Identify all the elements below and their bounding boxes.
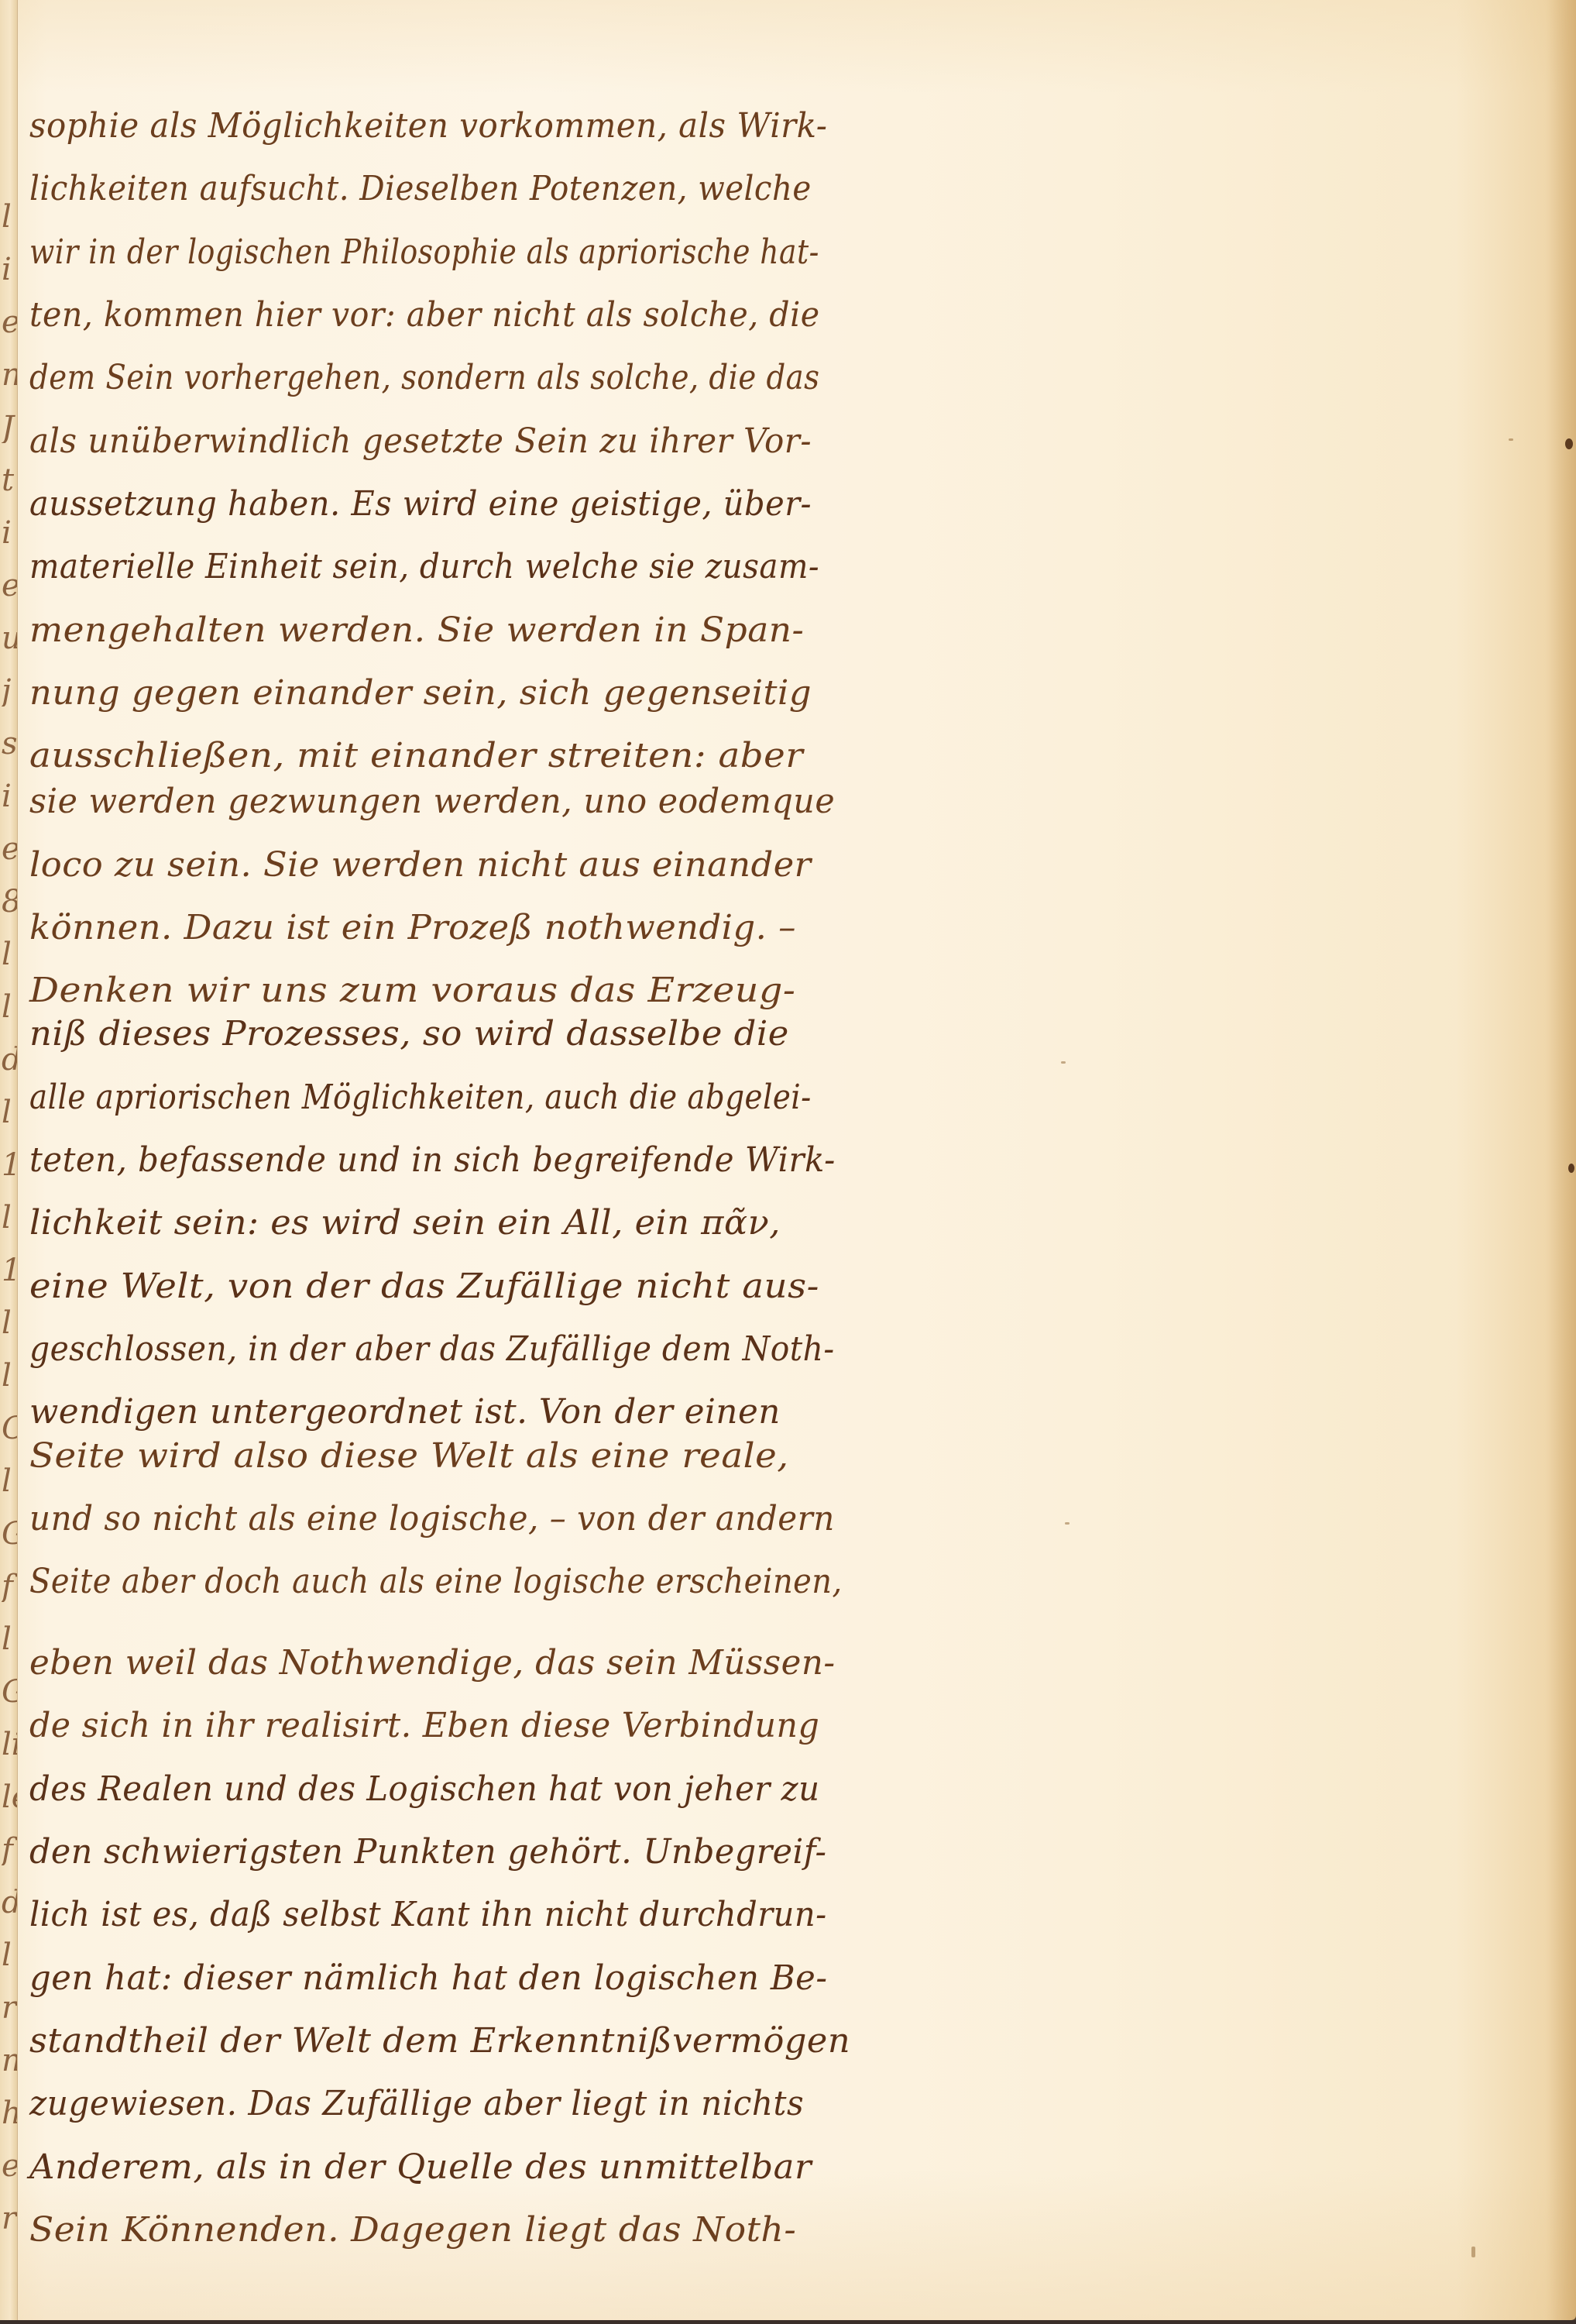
- manuscript-line-33: zugewiesen. Das Zufällige aber liegt in …: [29, 2077, 804, 2131]
- margin-fragment: l: [2, 939, 17, 970]
- manuscript-line-5: dem Sein vorhergehen, sondern als solche…: [29, 351, 819, 405]
- manuscript-line-21: geschlossen, in der aber das Zufällige d…: [29, 1322, 835, 1377]
- margin-fragment: j: [2, 676, 17, 706]
- manuscript-line-17: alle apriorischen Möglichkeiten, auch di…: [29, 1071, 812, 1125]
- manuscript-page: lienJtieujsie8lldl1l1llClGflGlilefdlrnhe…: [0, 0, 1576, 2320]
- manuscript-line-14: können. Dazu ist ein Prozeß nothwendig. …: [29, 901, 796, 955]
- margin-fragment: n: [2, 359, 17, 390]
- ink-blot: [1565, 438, 1573, 449]
- margin-fragment: l: [2, 1360, 17, 1391]
- manuscript-line-30: lich ist es, daß selbst Kant ihn nicht d…: [29, 1888, 827, 1942]
- paper-speck: [1065, 1522, 1070, 1525]
- margin-fragment: 1: [2, 1150, 17, 1181]
- manuscript-line-29: den schwierigsten Punkten gehört. Unbegr…: [29, 1825, 827, 1879]
- margin-fragment: f: [2, 1834, 17, 1865]
- margin-fragment: C: [2, 1413, 17, 1444]
- margin-fragment: l: [2, 1940, 17, 1971]
- margin-fragment: l: [2, 1466, 17, 1497]
- manuscript-line-31: gen hat: dieser nämlich hat den logische…: [29, 1951, 827, 2006]
- manuscript-line-6: als unüberwindlich gesetzte Sein zu ihre…: [29, 414, 812, 469]
- margin-fragment: 8: [2, 886, 17, 917]
- margin-fragment: i: [2, 781, 17, 812]
- margin-fragment: G: [2, 1676, 17, 1707]
- margin-fragment: 1: [2, 1255, 17, 1286]
- page-edge-shading: [1545, 0, 1576, 2320]
- margin-fragment: s: [2, 728, 17, 759]
- manuscript-line-34: Anderem, als in der Quelle des unmittelb…: [29, 2140, 812, 2195]
- margin-fragment: l: [2, 1308, 17, 1339]
- margin-fragment: u: [2, 623, 17, 654]
- margin-fragment: l: [2, 992, 17, 1023]
- manuscript-line-1: sophie als Möglichkeiten vorkommen, als …: [29, 99, 827, 153]
- manuscript-line-32: standtheil der Welt dem Erkenntnißvermög…: [29, 2014, 850, 2068]
- manuscript-line-9: mengehalten werden. Sie werden in Span-: [29, 603, 804, 658]
- margin-fragment: e: [2, 2150, 17, 2181]
- margin-fragment: G: [2, 1518, 17, 1549]
- manuscript-line-18: teten, befassende und in sich begreifend…: [29, 1133, 836, 1188]
- manuscript-line-16: niß dieses Prozesses, so wird dasselbe d…: [29, 1007, 789, 1061]
- manuscript-line-10: nung gegen einander sein, sich gegenseit…: [29, 666, 812, 720]
- manuscript-line-23: Seite wird also diese Welt als eine real…: [29, 1429, 789, 1483]
- margin-fragment: i: [2, 254, 17, 285]
- paper-speck: [1471, 2247, 1475, 2257]
- margin-fragment: l: [2, 1097, 17, 1128]
- manuscript-line-7: aussetzung haben. Es wird eine geistige,…: [29, 477, 812, 531]
- manuscript-line-13: loco zu sein. Sie werden nicht aus einan…: [29, 838, 812, 892]
- margin-fragment: J: [2, 412, 17, 443]
- margin-fragment: i: [2, 517, 17, 548]
- ink-blot: [1568, 1164, 1574, 1173]
- manuscript-line-8: materielle Einheit sein, durch welche si…: [29, 540, 819, 594]
- manuscript-line-27: de sich in ihr realisirt. Eben diese Ver…: [29, 1699, 819, 1753]
- margin-fragment: l: [2, 1624, 17, 1655]
- manuscript-line-28: des Realen und des Logischen hat von jeh…: [29, 1762, 820, 1817]
- manuscript-line-26: eben weil das Nothwendige, das sein Müss…: [29, 1636, 836, 1690]
- margin-fragment: r: [2, 2203, 17, 2234]
- margin-fragment: f: [2, 1571, 17, 1602]
- manuscript-line-24: und so nicht als eine logische, – von de…: [29, 1492, 835, 1546]
- margin-fragment: r: [2, 1992, 17, 2023]
- margin-fragment: n: [2, 2045, 17, 2076]
- paper-speck: [1061, 1061, 1066, 1064]
- margin-fragment: h: [2, 2098, 17, 2129]
- margin-fragment: l: [2, 1202, 17, 1233]
- manuscript-line-4: ten, kommen hier vor: aber nicht als sol…: [29, 288, 820, 342]
- margin-fragment: e: [2, 834, 17, 865]
- manuscript-line-2: lichkeiten aufsucht. Dieselben Potenzen,…: [29, 162, 812, 216]
- paper-speck: [1509, 438, 1513, 441]
- manuscript-line-3: wir in der logischen Philosophie als apr…: [29, 225, 819, 280]
- manuscript-line-35: Sein Könnenden. Dagegen liegt das Noth-: [29, 2203, 796, 2257]
- margin-fragment: e: [2, 307, 17, 338]
- manuscript-line-12: sie werden gezwungen werden, uno eodemqu…: [29, 775, 835, 829]
- margin-fragment: t: [2, 465, 17, 496]
- margin-fragment: d: [2, 1044, 17, 1075]
- margin-fragment: e: [2, 570, 17, 601]
- margin-fragment: le: [2, 1782, 17, 1813]
- margin-fragment: li: [2, 1729, 17, 1760]
- underlying-pages-edge: lienJtieujsie8lldl1l1llClGflGlilefdlrnhe…: [0, 0, 18, 2320]
- margin-fragment: l: [2, 201, 17, 232]
- manuscript-line-25: Seite aber doch auch als eine logische e…: [29, 1555, 843, 1609]
- margin-fragment: d: [2, 1887, 17, 1918]
- manuscript-line-20: eine Welt, von der das Zufällige nicht a…: [29, 1260, 819, 1314]
- manuscript-line-19: lichkeit sein: es wird sein ein All, ein…: [29, 1196, 781, 1250]
